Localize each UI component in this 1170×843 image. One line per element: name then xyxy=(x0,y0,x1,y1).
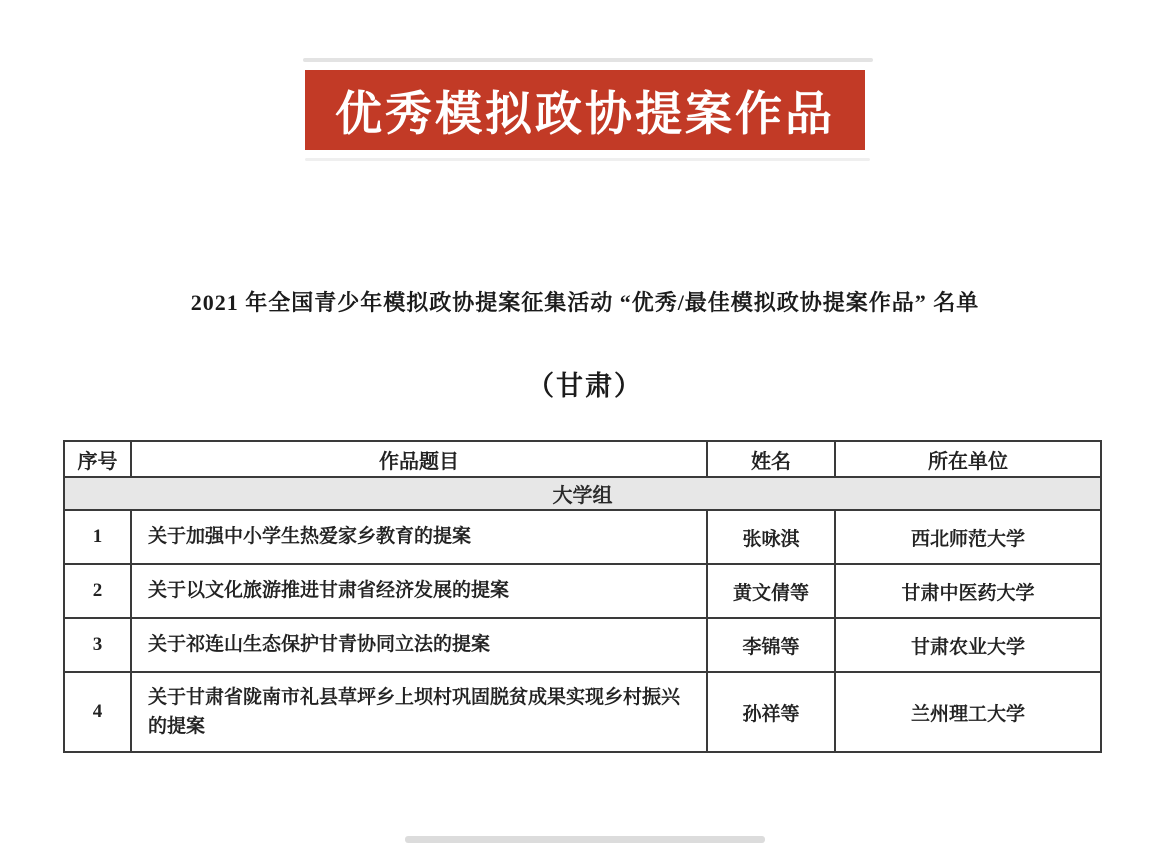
col-header-name: 姓名 xyxy=(707,441,835,477)
awards-table: 序号 作品题目 姓名 所在单位 大学组 1 关于加强中小学生热爱家乡教育的提案 … xyxy=(63,440,1102,753)
bottom-scrollbar[interactable] xyxy=(405,836,765,843)
table-row: 4 关于甘肃省陇南市礼县草坪乡上坝村巩固脱贫成果实现乡村振兴的提案 孙祥等 兰州… xyxy=(64,672,1101,752)
document-title: 2021 年全国青少年模拟政协提案征集活动 “优秀/最佳模拟政协提案作品” 名单 xyxy=(0,286,1170,317)
table-header-row: 序号 作品题目 姓名 所在单位 xyxy=(64,441,1101,477)
table-row: 3 关于祁连山生态保护甘青协同立法的提案 李锦等 甘肃农业大学 xyxy=(64,618,1101,672)
row-proposal-title: 关于甘肃省陇南市礼县草坪乡上坝村巩固脱贫成果实现乡村振兴的提案 xyxy=(131,672,707,752)
banner-bottom-divider-line xyxy=(305,158,870,161)
group-label: 大学组 xyxy=(64,477,1101,510)
col-header-title: 作品题目 xyxy=(131,441,707,477)
document-subtitle: （甘肃） xyxy=(0,364,1170,403)
row-index: 4 xyxy=(64,672,131,752)
group-header-row: 大学组 xyxy=(64,477,1101,510)
row-organization: 甘肃中医药大学 xyxy=(835,564,1101,618)
col-header-index: 序号 xyxy=(64,441,131,477)
col-header-org: 所在单位 xyxy=(835,441,1101,477)
row-organization: 西北师范大学 xyxy=(835,510,1101,564)
document-page: 优秀模拟政协提案作品 2021 年全国青少年模拟政协提案征集活动 “优秀/最佳模… xyxy=(0,0,1170,843)
row-author-name: 李锦等 xyxy=(707,618,835,672)
row-organization: 兰州理工大学 xyxy=(835,672,1101,752)
table-row: 1 关于加强中小学生热爱家乡教育的提案 张咏淇 西北师范大学 xyxy=(64,510,1101,564)
row-index: 2 xyxy=(64,564,131,618)
row-index: 1 xyxy=(64,510,131,564)
red-banner: 优秀模拟政协提案作品 xyxy=(305,70,865,150)
row-proposal-title: 关于加强中小学生热爱家乡教育的提案 xyxy=(131,510,707,564)
row-proposal-title: 关于祁连山生态保护甘青协同立法的提案 xyxy=(131,618,707,672)
table-row: 2 关于以文化旅游推进甘肃省经济发展的提案 黄文倩等 甘肃中医药大学 xyxy=(64,564,1101,618)
row-author-name: 孙祥等 xyxy=(707,672,835,752)
banner-title: 优秀模拟政协提案作品 xyxy=(335,77,835,144)
row-author-name: 张咏淇 xyxy=(707,510,835,564)
row-index: 3 xyxy=(64,618,131,672)
top-divider-line xyxy=(303,58,873,62)
row-proposal-title: 关于以文化旅游推进甘肃省经济发展的提案 xyxy=(131,564,707,618)
row-organization: 甘肃农业大学 xyxy=(835,618,1101,672)
row-author-name: 黄文倩等 xyxy=(707,564,835,618)
